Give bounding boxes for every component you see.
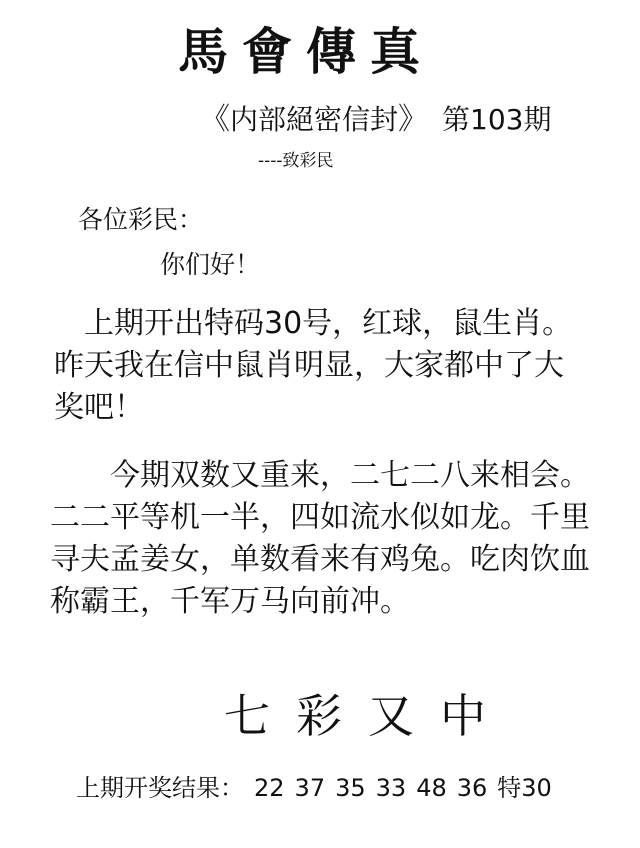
- slogan: 七彩又中: [224, 688, 512, 744]
- signature: ----致彩民: [258, 150, 334, 172]
- result-number: 36: [457, 774, 488, 802]
- salutation: 各位彩民：: [78, 204, 203, 236]
- paragraph-line: 称霸王，千军万马向前冲。: [50, 581, 610, 623]
- special-number: 特30: [497, 774, 552, 802]
- paragraph-line: 二二平等机一半，四如流水似如龙。千里: [50, 497, 610, 539]
- results-label: 上期开奖结果：: [76, 774, 244, 802]
- paragraph-line: 昨天我在信中鼠肖明显，大家都中了大: [54, 345, 614, 387]
- subtitle-text: 内部絕密信封: [230, 103, 398, 136]
- issue-number: 第103期: [442, 103, 551, 136]
- document-title: 馬會傳真: [178, 22, 434, 82]
- last-draw-results: 上期开奖结果：223735334836特30: [76, 772, 552, 804]
- subtitle-close-bracket: 》: [398, 102, 428, 137]
- result-number: 33: [376, 774, 407, 802]
- paragraph-prediction: 今期双数又重来，二七二八来相会。 二二平等机一半，四如流水似如龙。千里 寻夫孟姜…: [50, 455, 610, 623]
- paragraph-line: 寻夫孟姜女，单数看来有鸡兔。吃肉饮血: [50, 539, 610, 581]
- paragraph-last-result: 上期开出特码30号，红球，鼠生肖。 昨天我在信中鼠肖明显，大家都中了大 奖吧！: [54, 303, 614, 429]
- result-number: 48: [416, 774, 447, 802]
- paragraph-line: 今期双数又重来，二七二八来相会。: [50, 455, 610, 497]
- paragraph-line: 奖吧！: [54, 387, 614, 429]
- result-number: 22: [254, 774, 285, 802]
- result-number: 35: [335, 774, 366, 802]
- result-number: 37: [295, 774, 326, 802]
- greeting: 你们好！: [160, 249, 260, 281]
- paragraph-line: 上期开出特码30号，红球，鼠生肖。: [54, 303, 614, 345]
- subtitle-open-bracket: 《: [200, 102, 230, 137]
- subtitle: 《内部絕密信封》第103期: [200, 102, 551, 138]
